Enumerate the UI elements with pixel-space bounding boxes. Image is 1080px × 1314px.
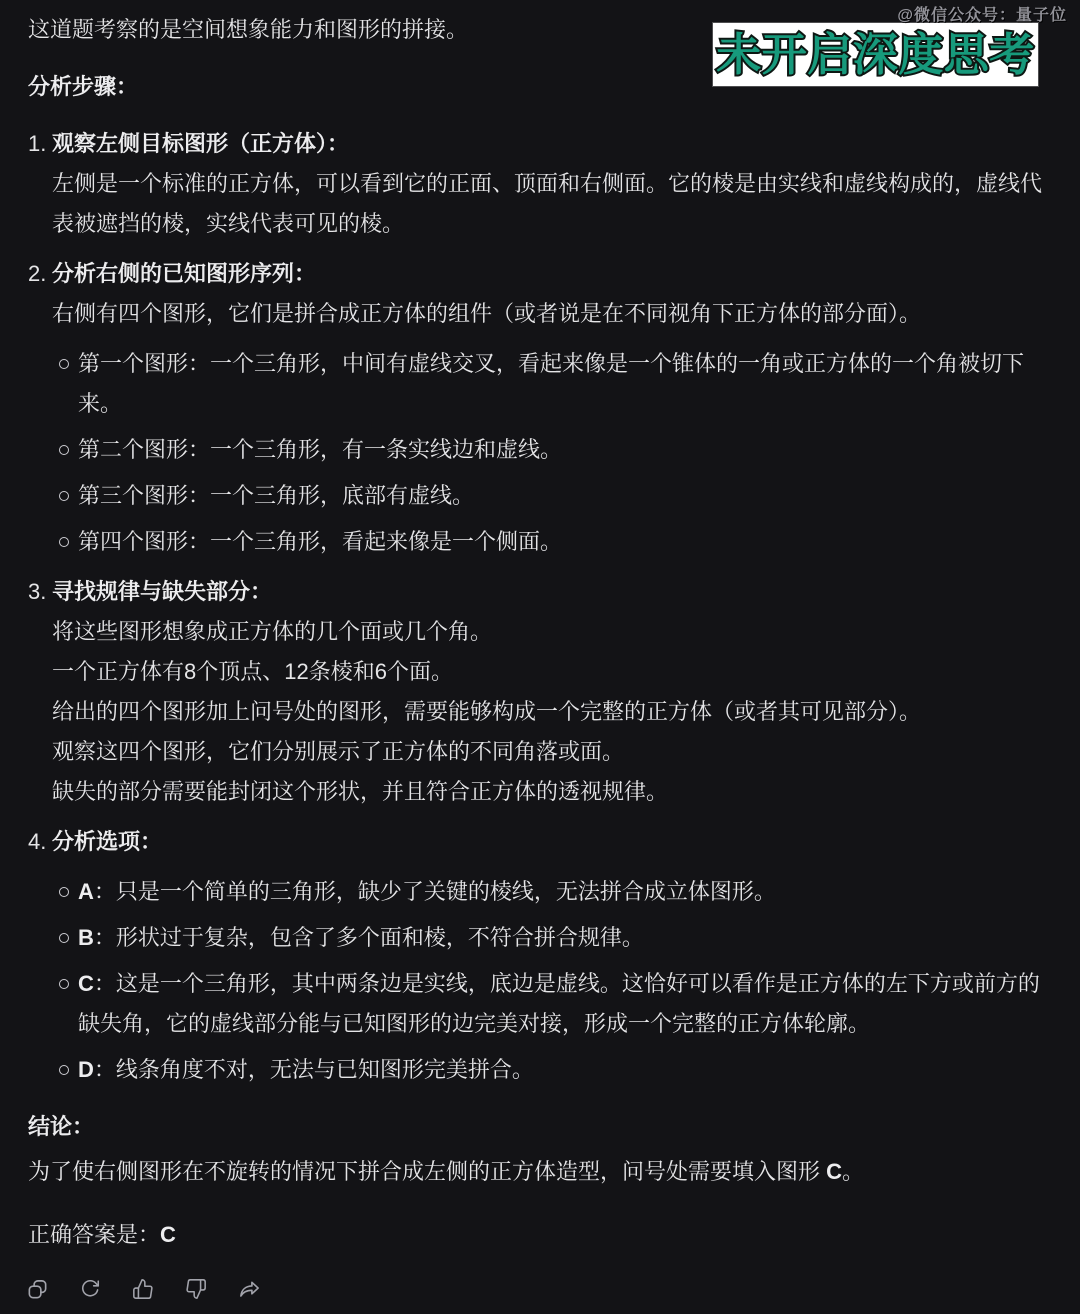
step-3-line-4: 观察这四个图形，它们分别展示了正方体的不同角落或面。 bbox=[52, 732, 1044, 772]
step-3-body: 将这些图形想象成正方体的几个面或几个角。 一个正方体有8个顶点、12条棱和6个面… bbox=[52, 612, 1044, 812]
option-d-text: ：线条角度不对，无法与已知图形完美拼合。 bbox=[94, 1057, 534, 1082]
share-button[interactable] bbox=[237, 1277, 261, 1301]
step-1-body: 左侧是一个标准的正方体，可以看到它的正面、顶面和右侧面。它的棱是由实线和虚线构成… bbox=[52, 164, 1044, 244]
step-2-title: 分析右侧的已知图形序列： bbox=[52, 254, 316, 294]
conclusion-period: 。 bbox=[842, 1159, 864, 1184]
thumbs-up-button[interactable] bbox=[131, 1277, 155, 1301]
bullet-circle-icon bbox=[59, 887, 69, 897]
bullet-circle-icon bbox=[59, 491, 69, 501]
copy-icon bbox=[26, 1278, 49, 1301]
final-answer-label: 正确答案是： bbox=[28, 1222, 160, 1247]
option-b-letter: B bbox=[78, 925, 94, 950]
step-1-number: 1. bbox=[28, 124, 52, 164]
conclusion-heading: 结论： bbox=[28, 1107, 1044, 1147]
watermark-credit: @微信公众号：量子位 bbox=[897, 5, 1067, 27]
share-icon bbox=[238, 1278, 261, 1301]
step-1-title: 观察左侧目标图形（正方体）： bbox=[52, 124, 349, 164]
bullet-circle-icon bbox=[59, 445, 69, 455]
bullet-circle-icon bbox=[59, 979, 69, 989]
thumbs-up-icon bbox=[132, 1278, 154, 1300]
bullet-circle-icon bbox=[59, 1065, 69, 1075]
step-2: 2. 分析右侧的已知图形序列： 右侧有四个图形，它们是拼合成正方体的组件（或者说… bbox=[28, 254, 1044, 562]
bullet-figure-3-text: 第三个图形：一个三角形，底部有虚线。 bbox=[78, 483, 474, 508]
step-3-line-5: 缺失的部分需要能封闭这个形状，并且符合正方体的透视规律。 bbox=[52, 772, 1044, 812]
step-3-number: 3. bbox=[28, 572, 52, 612]
regenerate-icon bbox=[79, 1278, 101, 1300]
option-d-item: D：线条角度不对，无法与已知图形完美拼合。 bbox=[28, 1050, 1044, 1090]
final-answer-value: C bbox=[160, 1222, 176, 1247]
bullet-figure-4-text: 第四个图形：一个三角形，看起来像是一个侧面。 bbox=[78, 529, 562, 554]
bullet-figure-2-text: 第二个图形：一个三角形，有一条实线边和虚线。 bbox=[78, 437, 562, 462]
step-2-head: 2. 分析右侧的已知图形序列： bbox=[28, 254, 1044, 294]
step-3-title: 寻找规律与缺失部分： bbox=[52, 572, 272, 612]
step-4: 4. 分析选项： A：只是一个简单的三角形，缺少了关键的棱线，无法拼合成立体图形… bbox=[28, 822, 1044, 1090]
chat-response-page: @微信公众号：量子位 未开启深度思考 这道题考察的是空间想象能力和图形的拼接。 … bbox=[0, 0, 1080, 1314]
step-4-bullets: A：只是一个简单的三角形，缺少了关键的棱线，无法拼合成立体图形。 B：形状过于复… bbox=[28, 872, 1044, 1090]
bullet-circle-icon bbox=[59, 537, 69, 547]
copy-button[interactable] bbox=[25, 1277, 49, 1301]
analysis-steps-heading-text: 分析步骤： bbox=[28, 74, 138, 99]
conclusion-paragraph: 为了使右侧图形在不旋转的情况下拼合成左侧的正方体造型，问号处需要填入图形 C。 bbox=[28, 1152, 1044, 1192]
step-1: 1. 观察左侧目标图形（正方体）： 左侧是一个标准的正方体，可以看到它的正面、顶… bbox=[28, 124, 1044, 244]
conclusion-answer-letter: C bbox=[826, 1159, 842, 1184]
conclusion-heading-text: 结论： bbox=[28, 1114, 94, 1139]
bullet-circle-icon bbox=[59, 359, 69, 369]
step-3-line-2: 一个正方体有8个顶点、12条棱和6个面。 bbox=[52, 652, 1044, 692]
message-toolbar bbox=[25, 1269, 1044, 1301]
step-3-line-3: 给出的四个图形加上问号处的图形，需要能够构成一个完整的正方体（或者其可见部分）。 bbox=[52, 692, 1044, 732]
option-a-text: ：只是一个简单的三角形，缺少了关键的棱线，无法拼合成立体图形。 bbox=[94, 879, 776, 904]
option-a-letter: A bbox=[78, 879, 94, 904]
option-c-letter: C bbox=[78, 971, 94, 996]
step-2-bullets: 第一个图形：一个三角形，中间有虚线交叉，看起来像是一个锥体的一角或正方体的一个角… bbox=[28, 344, 1044, 562]
option-c-item: C：这是一个三角形，其中两条边是实线，底边是虚线。这恰好可以看作是正方体的左下方… bbox=[28, 964, 1044, 1044]
step-3: 3. 寻找规律与缺失部分： 将这些图形想象成正方体的几个面或几个角。 一个正方体… bbox=[28, 572, 1044, 812]
regenerate-button[interactable] bbox=[78, 1277, 102, 1301]
bullet-figure-4: 第四个图形：一个三角形，看起来像是一个侧面。 bbox=[28, 522, 1044, 562]
step-3-line-1: 将这些图形想象成正方体的几个面或几个角。 bbox=[52, 612, 1044, 652]
option-a-item: A：只是一个简单的三角形，缺少了关键的棱线，无法拼合成立体图形。 bbox=[28, 872, 1044, 912]
option-b-item: B：形状过于复杂，包含了多个面和棱，不符合拼合规律。 bbox=[28, 918, 1044, 958]
final-answer-line: 正确答案是：C bbox=[28, 1215, 1044, 1255]
option-b-text: ：形状过于复杂，包含了多个面和棱，不符合拼合规律。 bbox=[94, 925, 644, 950]
bullet-figure-3: 第三个图形：一个三角形，底部有虚线。 bbox=[28, 476, 1044, 516]
step-3-head: 3. 寻找规律与缺失部分： bbox=[28, 572, 1044, 612]
step-2-body: 右侧有四个图形，它们是拼合成正方体的组件（或者说是在不同视角下正方体的部分面）。 bbox=[52, 294, 1044, 334]
bullet-circle-icon bbox=[59, 933, 69, 943]
thumbs-down-icon bbox=[185, 1278, 207, 1300]
step-4-title: 分析选项： bbox=[52, 822, 162, 862]
bullet-figure-1: 第一个图形：一个三角形，中间有虚线交叉，看起来像是一个锥体的一角或正方体的一个角… bbox=[28, 344, 1044, 424]
conclusion-text: 为了使右侧图形在不旋转的情况下拼合成左侧的正方体造型，问号处需要填入图形 bbox=[28, 1159, 826, 1184]
no-deep-think-stamp: 未开启深度思考 bbox=[713, 23, 1038, 86]
bullet-figure-1-text: 第一个图形：一个三角形，中间有虚线交叉，看起来像是一个锥体的一角或正方体的一个角… bbox=[78, 351, 1024, 416]
bullet-figure-2: 第二个图形：一个三角形，有一条实线边和虚线。 bbox=[28, 430, 1044, 470]
step-1-paragraph: 左侧是一个标准的正方体，可以看到它的正面、顶面和右侧面。它的棱是由实线和虚线构成… bbox=[52, 164, 1044, 244]
step-4-number: 4. bbox=[28, 822, 52, 862]
thumbs-down-button[interactable] bbox=[184, 1277, 208, 1301]
step-2-paragraph: 右侧有四个图形，它们是拼合成正方体的组件（或者说是在不同视角下正方体的部分面）。 bbox=[52, 294, 1044, 334]
step-1-head: 1. 观察左侧目标图形（正方体）： bbox=[28, 124, 1044, 164]
option-d-letter: D bbox=[78, 1057, 94, 1082]
step-4-head: 4. 分析选项： bbox=[28, 822, 1044, 862]
option-c-text: ：这是一个三角形，其中两条边是实线，底边是虚线。这恰好可以看作是正方体的左下方或… bbox=[78, 971, 1040, 1036]
steps-list: 1. 观察左侧目标图形（正方体）： 左侧是一个标准的正方体，可以看到它的正面、顶… bbox=[28, 124, 1044, 1090]
stamp-text: 未开启深度思考 bbox=[716, 32, 1035, 77]
step-2-number: 2. bbox=[28, 254, 52, 294]
